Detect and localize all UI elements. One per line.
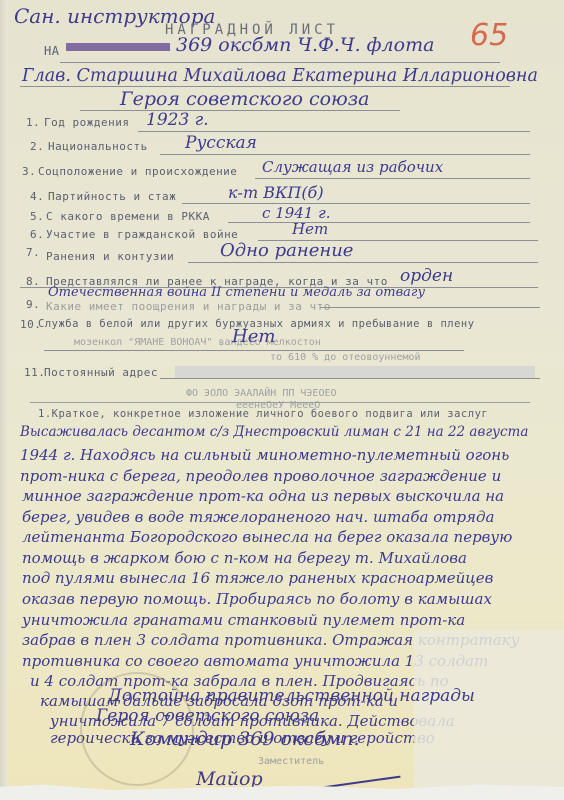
crossed-out-text [66, 43, 170, 51]
field-value-party: к-т ВКП(б) [228, 183, 324, 202]
narrative-line: 1944 г. Находясь на сильный минометно-пу… [20, 446, 509, 464]
section-divider [30, 402, 530, 403]
unit-underline [60, 62, 500, 63]
field-value-awards: Отечественная война II степени и медаль … [48, 285, 425, 300]
conclusion-recommendation-text: Достойна правительственной награды [108, 686, 475, 706]
field-label-rkka: С какого времени в РККА [46, 210, 210, 223]
narrative-line: под пулями вынесла 16 тяжело раненых кра… [22, 569, 493, 587]
field-num: 4. [30, 190, 44, 203]
field-underline [188, 262, 538, 263]
field-num: 5. [30, 210, 44, 223]
field-underline [255, 178, 530, 179]
field-value-prior-award: орден [400, 266, 453, 286]
redacted-address [175, 366, 535, 378]
field-value-civil-war: Нет [292, 220, 328, 238]
field-num: 1. [26, 116, 40, 129]
narrative-line: прот-ника с берега, преодолев проволочно… [20, 467, 501, 485]
field-label-social: Соцположение и происхождение [38, 165, 237, 178]
field-underline [228, 222, 530, 223]
paper-patch [414, 630, 564, 790]
field-underline [182, 203, 530, 204]
field-value-birth-year: 1923 г. [146, 110, 209, 130]
field-label-party: Партийность и стаж [48, 190, 176, 203]
field-num: 7. [26, 246, 40, 259]
narrative-line: Высаживалась десантом с/з Днестровский л… [20, 424, 528, 440]
field-underline [320, 307, 540, 308]
field-value-wounds: Одно ранение [220, 240, 353, 261]
stamp-row-text: ФО ЭОЛО ЭААЛАЙН ПП ЧЭЕОЕО [186, 388, 337, 399]
commander-title: Командир 369 оксбмп. [130, 728, 360, 750]
field-label-nationality: Национальность [48, 140, 148, 153]
field-label-birth-year: Год рождения [44, 116, 129, 129]
award-sheet-document: Сан. инструктора НАГРАДНОЙ ЛИСТ 65 НА 36… [0, 0, 564, 800]
field-label-wounds: Ранения и контузии [46, 250, 174, 263]
award-underline [80, 110, 400, 111]
field-num: 6. [30, 228, 44, 241]
narrative-line: оказав первую помощь. Пробираясь по боло… [22, 590, 492, 608]
field-label-civil-war: Участие в гражданской войне [46, 228, 238, 241]
signer-rank: Майор [196, 768, 263, 790]
conclusion-award-text: Героя советского союза [96, 706, 319, 726]
field-num: 2. [30, 140, 44, 153]
field-num: 9. [26, 298, 40, 311]
field-label-address: Постоянный адрес [44, 366, 158, 379]
red-page-number: 65 [470, 18, 508, 53]
field-underline [160, 154, 530, 155]
field-underline [44, 350, 464, 351]
field-value-social: Служащая из рабочих [262, 158, 443, 176]
award-title: Героя советского союза [120, 88, 369, 110]
recipient-rank-name: Глав. Старшина Михайлова Екатерина Иллар… [22, 66, 538, 86]
field-underline [138, 131, 530, 132]
field-num: 11. [24, 366, 45, 379]
field-underline [160, 378, 540, 379]
name-underline [20, 86, 510, 87]
stamp-text: Заместитель [258, 756, 324, 767]
field-label-awards: Какие имеет поощрения и награды и за что [46, 300, 331, 313]
narrative-line: помощь в жарком бою с п-ком на берегу т.… [22, 549, 467, 567]
typed-faint-line-1: мозенкол "ЯМАНЕ ВОНОАЧ" вандесо мелкосто… [74, 337, 321, 348]
field-value-nationality: Русская [185, 133, 257, 153]
section-label: 1.Краткое, конкретное изложение личного … [38, 408, 488, 420]
field-value-white-army: Нет [232, 326, 275, 347]
unit-name: 369 оксбмп Ч.Ф.Ч. флота [176, 34, 434, 56]
field-num: 3. [22, 165, 36, 178]
typed-faint-line-2: то 610 % до отеовоуннемой [270, 352, 421, 363]
narrative-line: минное заграждение прот-ка одна из первы… [22, 487, 504, 505]
narrative-line: уничтожила гранатами станковый пулемет п… [22, 611, 465, 629]
na-label: НА [44, 44, 59, 58]
narrative-line: берег, увидев в воде тяжелораненого нач.… [22, 508, 494, 526]
narrative-line: лейтенанта Богородского вынесла на берег… [22, 528, 512, 546]
